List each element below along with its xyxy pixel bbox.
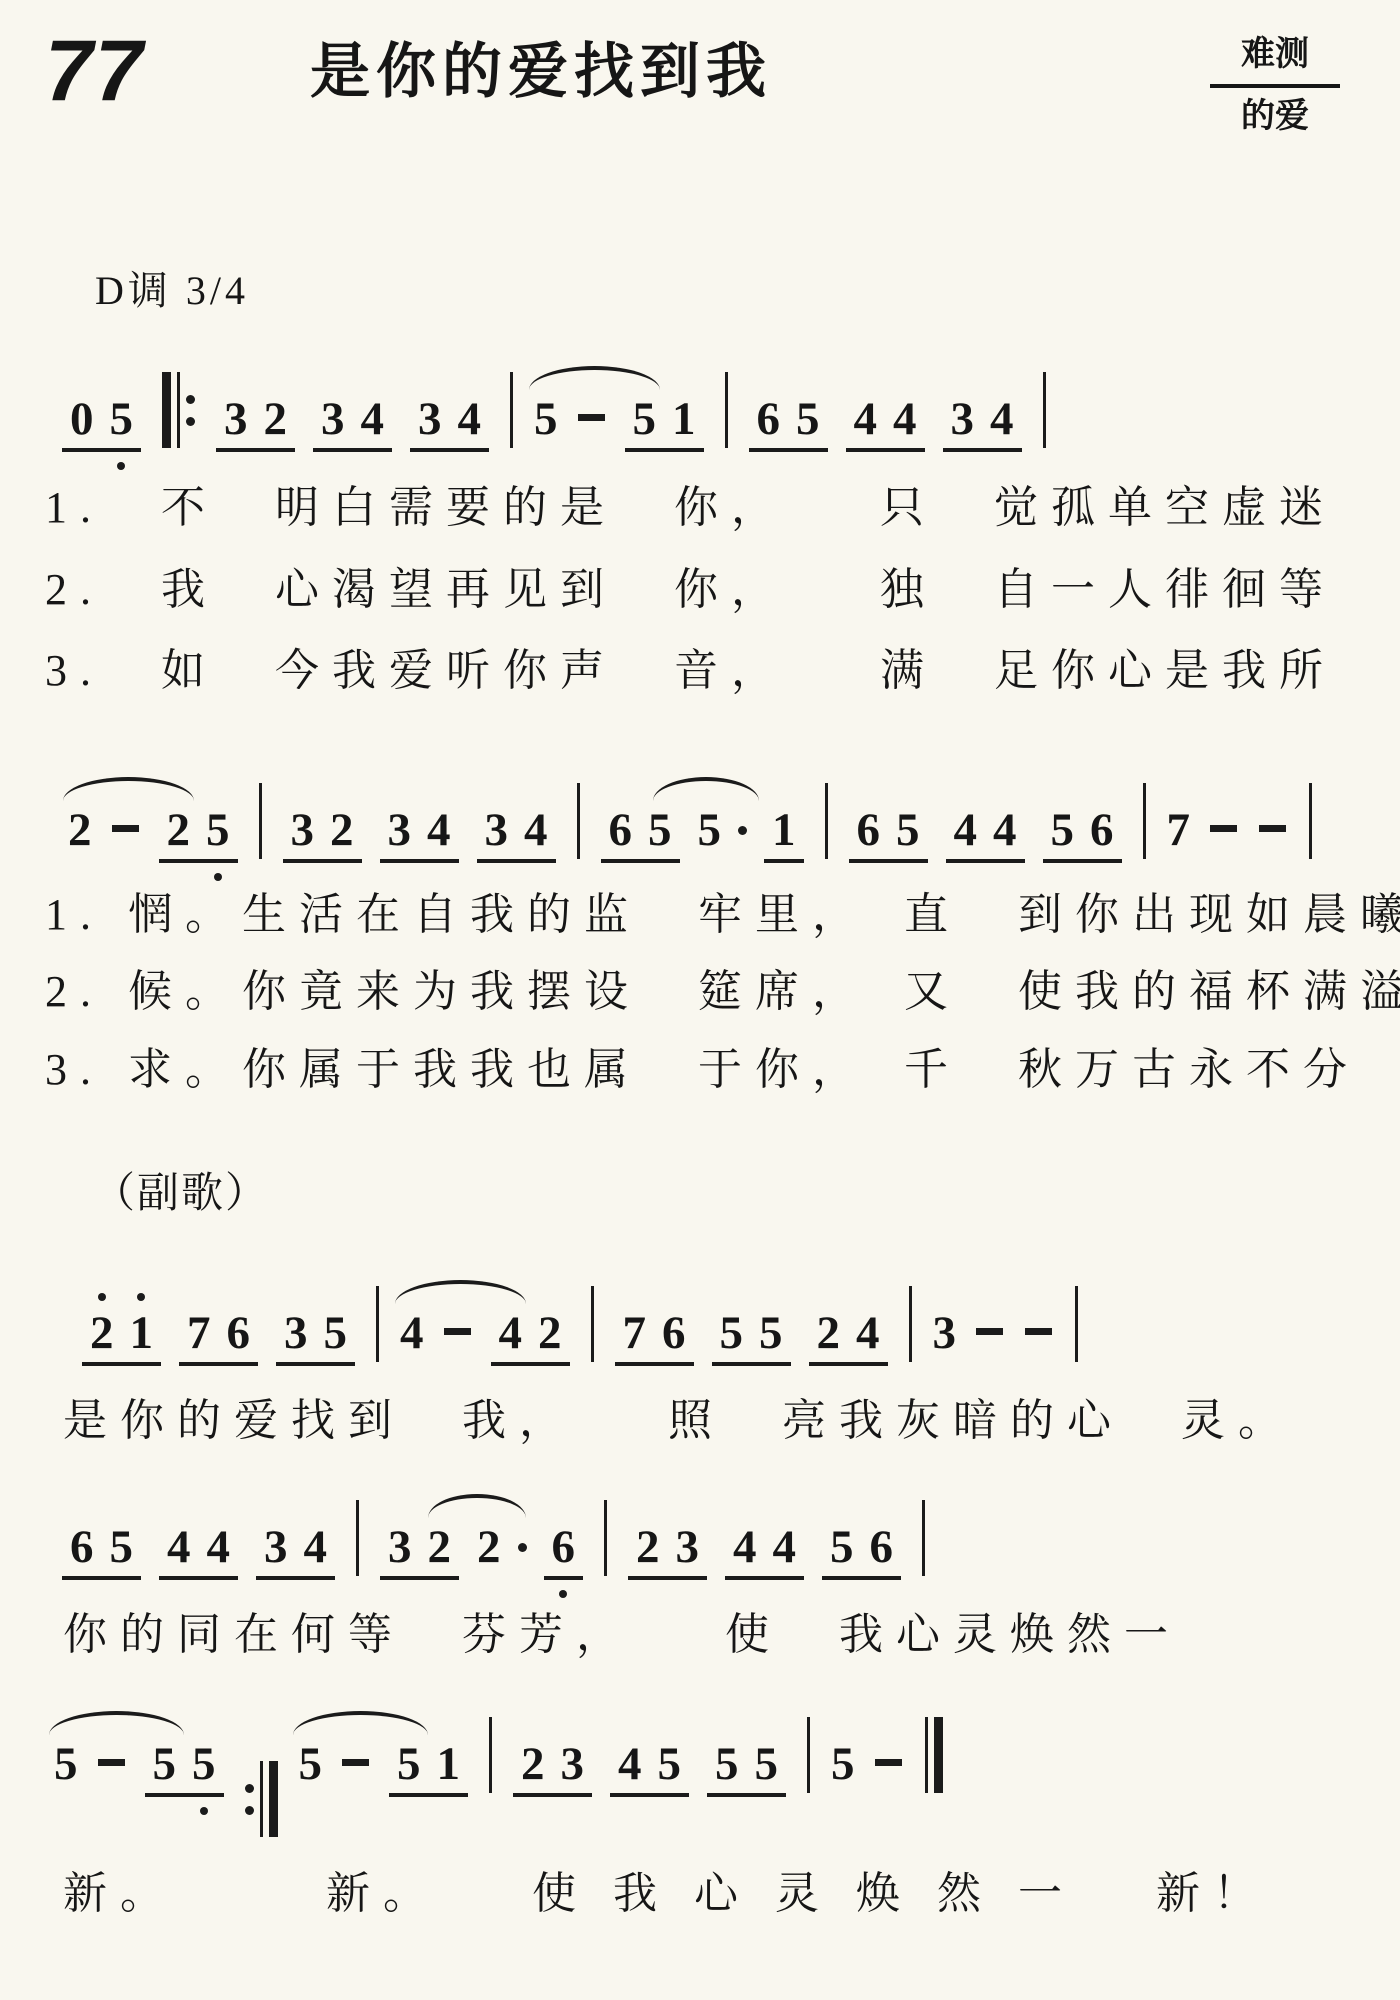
note-digit: 5 [796,396,820,443]
underline-group: 76 [615,1310,694,1366]
chorus-label: （副歌） [93,1160,1355,1220]
barline [1075,1286,1078,1362]
note-digit: 3 [388,1524,412,1571]
slur-arc [653,777,759,801]
note-digit: 1 [772,807,796,854]
note-digit: 4 [207,1524,231,1571]
notation-line-5: 5555512345555 [45,1717,1355,1838]
barline [925,1717,943,1793]
note-digit: 2 [330,807,354,854]
slur-arc [395,1280,526,1304]
category-top-label: 难测 [1210,32,1340,88]
note-digit: 4 [524,807,548,854]
bar-stroke [922,1500,925,1576]
chorus-lyric-3: 新。 新。 使 我 心 灵 焕 然 一 新！ [63,1869,1355,1920]
note-digit: 4 [167,1524,191,1571]
dash-mark [444,1328,471,1335]
slur-arc [428,1494,525,1518]
note-digit: 3 [951,396,975,443]
note-digit: 3 [418,396,442,443]
underline-group: 35 [276,1310,355,1366]
note-digit: 2 [167,807,191,854]
barline [807,1717,810,1793]
note-digit: 5 [54,1741,78,1788]
note-digit: 6 [662,1310,686,1357]
barline [825,783,828,859]
dash-mark [342,1759,369,1766]
dash-mark [578,414,605,421]
underline-group: 55 [707,1741,786,1797]
octave-dot-below [117,462,125,470]
slur-group: 3226 [371,1524,592,1580]
page-title: 是你的爱找到我 [310,42,772,102]
bar-stroke [259,783,262,859]
underline-group: 32 [380,1524,459,1580]
note-digit: 4 [499,1310,523,1357]
repeat-dots [245,1784,254,1815]
octave-dot-above [98,1293,106,1301]
repeat-dots [186,395,195,426]
dash-mark [976,1328,1003,1335]
note-digit: 6 [70,1524,94,1571]
octave-dot-below [559,1590,567,1598]
note-digit: 6 [1090,807,1114,854]
underline-group: 34 [313,396,392,452]
note-digit: 5 [698,807,722,854]
note-digit: 7 [187,1310,211,1357]
note-digit: 5 [1051,807,1075,854]
note-digit: 5 [397,1741,421,1788]
note-digit: 4 [893,396,917,443]
note-digit: 5 [324,1310,348,1357]
note-digit: 5 [153,1741,177,1788]
note-digit: 7 [623,1310,647,1357]
bar-stroke [577,783,580,859]
slur-group: 555 [45,1741,233,1797]
note-digit: 4 [854,396,878,443]
note-digit: 4 [954,807,978,854]
octave-dot-below [214,873,222,881]
underline-group: 24 [809,1310,888,1366]
underline-group: 76 [179,1310,258,1366]
bar-stroke [510,372,513,448]
note-digit: 6 [609,807,633,854]
verse2-line1: 2. 我 心渴望再见到 你， 独 自一人徘徊等 [45,565,1355,616]
note-digit: 1 [130,1310,154,1357]
bar-stroke [1309,783,1312,859]
bar-stroke [725,372,728,448]
hymn-number: 77 [45,28,145,114]
note-digit: 7 [1167,807,1191,854]
note-digit: 5 [110,1524,134,1571]
note-digit: 5 [648,807,672,854]
note-digit: 2 [477,1524,501,1571]
barline [510,372,513,448]
underline-group: 51 [625,396,704,452]
note-digit: 5 [830,1524,854,1571]
bar-stroke [807,1717,810,1793]
note-digit: 2 [68,807,92,854]
dash-mark [1025,1328,1052,1335]
underline-group: 44 [159,1524,238,1580]
underline-group: 55 [145,1741,224,1797]
sheet-music-page: 77 是你的爱找到我 难测 的爱 D调 3/4 0532343455165443… [0,0,1400,2000]
underline-group: 44 [946,807,1025,863]
underline-group: 65 [601,807,680,863]
note-digit: 1 [672,396,696,443]
barline [376,1286,379,1362]
category-bottom-label: 的爱 [1210,88,1340,140]
dash-mark [875,1759,902,1766]
note-digit: 5 [658,1741,682,1788]
note-digit: 4 [990,396,1014,443]
barline [245,1761,278,1837]
slur-arc [63,777,194,801]
underline-group: 34 [943,396,1022,452]
note-digit: 5 [759,1310,783,1357]
note-digit: 3 [676,1524,700,1571]
barline [489,1717,492,1793]
notation-line-2: 22532343465516544567 [59,783,1355,863]
barline [922,1500,925,1576]
note-digit: 2 [428,1524,452,1571]
page-header: 77 是你的爱找到我 难测 的爱 [45,10,1355,225]
dash-mark [1210,825,1237,832]
slur-arc [293,1711,428,1735]
note-digit: 3 [284,1310,308,1357]
bar-stroke [925,1717,928,1793]
underline-group: 21 [82,1310,161,1366]
note-digit: 3 [485,807,509,854]
octave-dot-above [137,1293,145,1301]
note-digit: 5 [831,1741,855,1788]
bar-stroke [162,372,171,448]
underline-group: 34 [256,1524,335,1580]
underline-group: 05 [62,396,141,452]
bar-stroke [376,1286,379,1362]
slur-group: 225 [59,807,247,863]
dash-mark [98,1759,125,1766]
repeat-dot [186,395,195,404]
barline [591,1286,594,1362]
underline-group: 25 [159,807,238,863]
note-digit: 5 [720,1310,744,1357]
barline [1043,372,1046,448]
underline-group: 23 [513,1741,592,1797]
slur-group: 551 [525,396,713,452]
note-digit: 4 [733,1524,757,1571]
note-digit: 5 [299,1741,323,1788]
underline-group: 6 [544,1524,584,1580]
dash-mark [112,825,139,832]
note-digit: 3 [291,807,315,854]
underline-group: 23 [628,1524,707,1580]
repeat-dot [186,417,195,426]
slur-arc [529,366,660,390]
barline [162,372,195,448]
underline-group: 44 [725,1524,804,1580]
bar-stroke [825,783,828,859]
note-digit: 6 [857,807,881,854]
bar-stroke [591,1286,594,1362]
verse3-line1: 3. 如 今我爱听你声 音， 满 足你心是我所 [45,646,1355,697]
bar-stroke [260,1761,263,1837]
note-digit: 6 [870,1524,894,1571]
note-digit: 0 [70,396,94,443]
note-digit: 5 [110,396,134,443]
category-badge: 难测 的爱 [1210,32,1340,140]
note-digit: 3 [388,807,412,854]
key-time-signature: D调 3/4 [95,259,1355,316]
note-digit: 4 [618,1741,642,1788]
underline-group: 1 [764,807,804,863]
note-digit: 5 [633,396,657,443]
underline-group: 65 [849,807,928,863]
note-digit: 4 [427,807,451,854]
notation-line-1: 05323434551654434 [53,372,1355,452]
underline-group: 65 [62,1524,141,1580]
verse1-line1: 1. 不 明白需要的是 你， 只 觉孤单空虚迷 [45,483,1355,534]
barline [1143,783,1146,859]
bar-stroke [489,1717,492,1793]
underline-group: 32 [216,396,295,452]
barline [259,783,262,859]
note-digit: 3 [933,1310,957,1357]
verse-block-2: 1. 惘。生活在自我的监 牢里， 直 到你出现如晨曦！ 2. 候。你竟来为我摆设… [45,890,1355,1096]
bar-stroke [934,1717,943,1793]
underline-group: 32 [283,807,362,863]
note-digit: 2 [264,396,288,443]
barline [356,1500,359,1576]
note-digit: 6 [757,396,781,443]
notation-line-3: 2176354427655243 [73,1286,1355,1366]
barline [577,783,580,859]
octave-dot-below [200,1807,208,1815]
note-digit: 2 [521,1741,545,1788]
note-digit: 3 [224,396,248,443]
dash-mark [1259,825,1286,832]
bar-stroke [604,1500,607,1576]
slur-group: 551 [290,1741,478,1797]
underline-group: 56 [1043,807,1122,863]
note-digit: 5 [755,1741,779,1788]
underline-group: 34 [477,807,556,863]
note-digit: 6 [227,1310,251,1357]
note-digit: 4 [361,396,385,443]
bar-stroke [1043,372,1046,448]
note-digit: 4 [304,1524,328,1571]
note-digit: 2 [817,1310,841,1357]
barline [725,372,728,448]
barline [604,1500,607,1576]
underline-group: 45 [610,1741,689,1797]
bar-stroke [356,1500,359,1576]
chorus-lyric-2: 你的同在何等 芬芳， 使 我心灵焕然一 [63,1610,1355,1661]
verse3-line2: 3. 求。你属于我我也属 于你， 千 秋万古永不分 离！ [45,1045,1355,1096]
note-digit: 5 [896,807,920,854]
note-digit: 2 [90,1310,114,1357]
barline [909,1286,912,1362]
note-digit: 5 [192,1741,216,1788]
underline-group: 44 [846,396,925,452]
bar-stroke [177,372,180,448]
slur-group: 442 [391,1310,579,1366]
underline-group: 42 [491,1310,570,1366]
underline-group: 56 [822,1524,901,1580]
underline-group: 34 [410,396,489,452]
note-digit: 4 [400,1310,424,1357]
note-digit: 2 [636,1524,660,1571]
repeat-dot [245,1806,254,1815]
bar-stroke [909,1286,912,1362]
underline-group: 34 [380,807,459,863]
note-digit: 4 [993,807,1017,854]
underline-group: 65 [749,396,828,452]
note-digit: 3 [561,1741,585,1788]
repeat-dot [245,1784,254,1793]
underline-group: 55 [712,1310,791,1366]
verse1-line2: 1. 惘。生活在自我的监 牢里， 直 到你出现如晨曦！ [45,890,1355,941]
note-digit: 4 [458,396,482,443]
note-digit: 5 [534,396,558,443]
note-digit: 3 [264,1524,288,1571]
barline [1309,783,1312,859]
note-digit: 2 [538,1310,562,1357]
note-digit: 3 [321,396,345,443]
bar-stroke [269,1761,278,1837]
bar-stroke [1143,783,1146,859]
augmentation-dot [518,1543,527,1552]
chorus-lyric-1: 是你的爱找到 我， 照 亮我灰暗的心 灵。 [63,1396,1355,1447]
slur-group: 6551 [592,807,813,863]
note-digit: 1 [437,1741,461,1788]
note-digit: 4 [773,1524,797,1571]
note-digit: 4 [856,1310,880,1357]
notation-line-4: 6544343226234456 [53,1500,1355,1580]
augmentation-dot [738,826,747,835]
note-digit: 6 [552,1524,576,1571]
bar-stroke [1075,1286,1078,1362]
note-digit: 5 [206,807,230,854]
verse-block-1: 1. 不 明白需要的是 你， 只 觉孤单空虚迷 2. 我 心渴望再见到 你， 独… [45,483,1355,697]
note-digit: 5 [715,1741,739,1788]
slur-arc [49,1711,184,1735]
verse2-line2: 2. 候。你竟来为我摆设 筵席， 又 使我的福杯满溢！ [45,967,1355,1018]
underline-group: 51 [389,1741,468,1797]
